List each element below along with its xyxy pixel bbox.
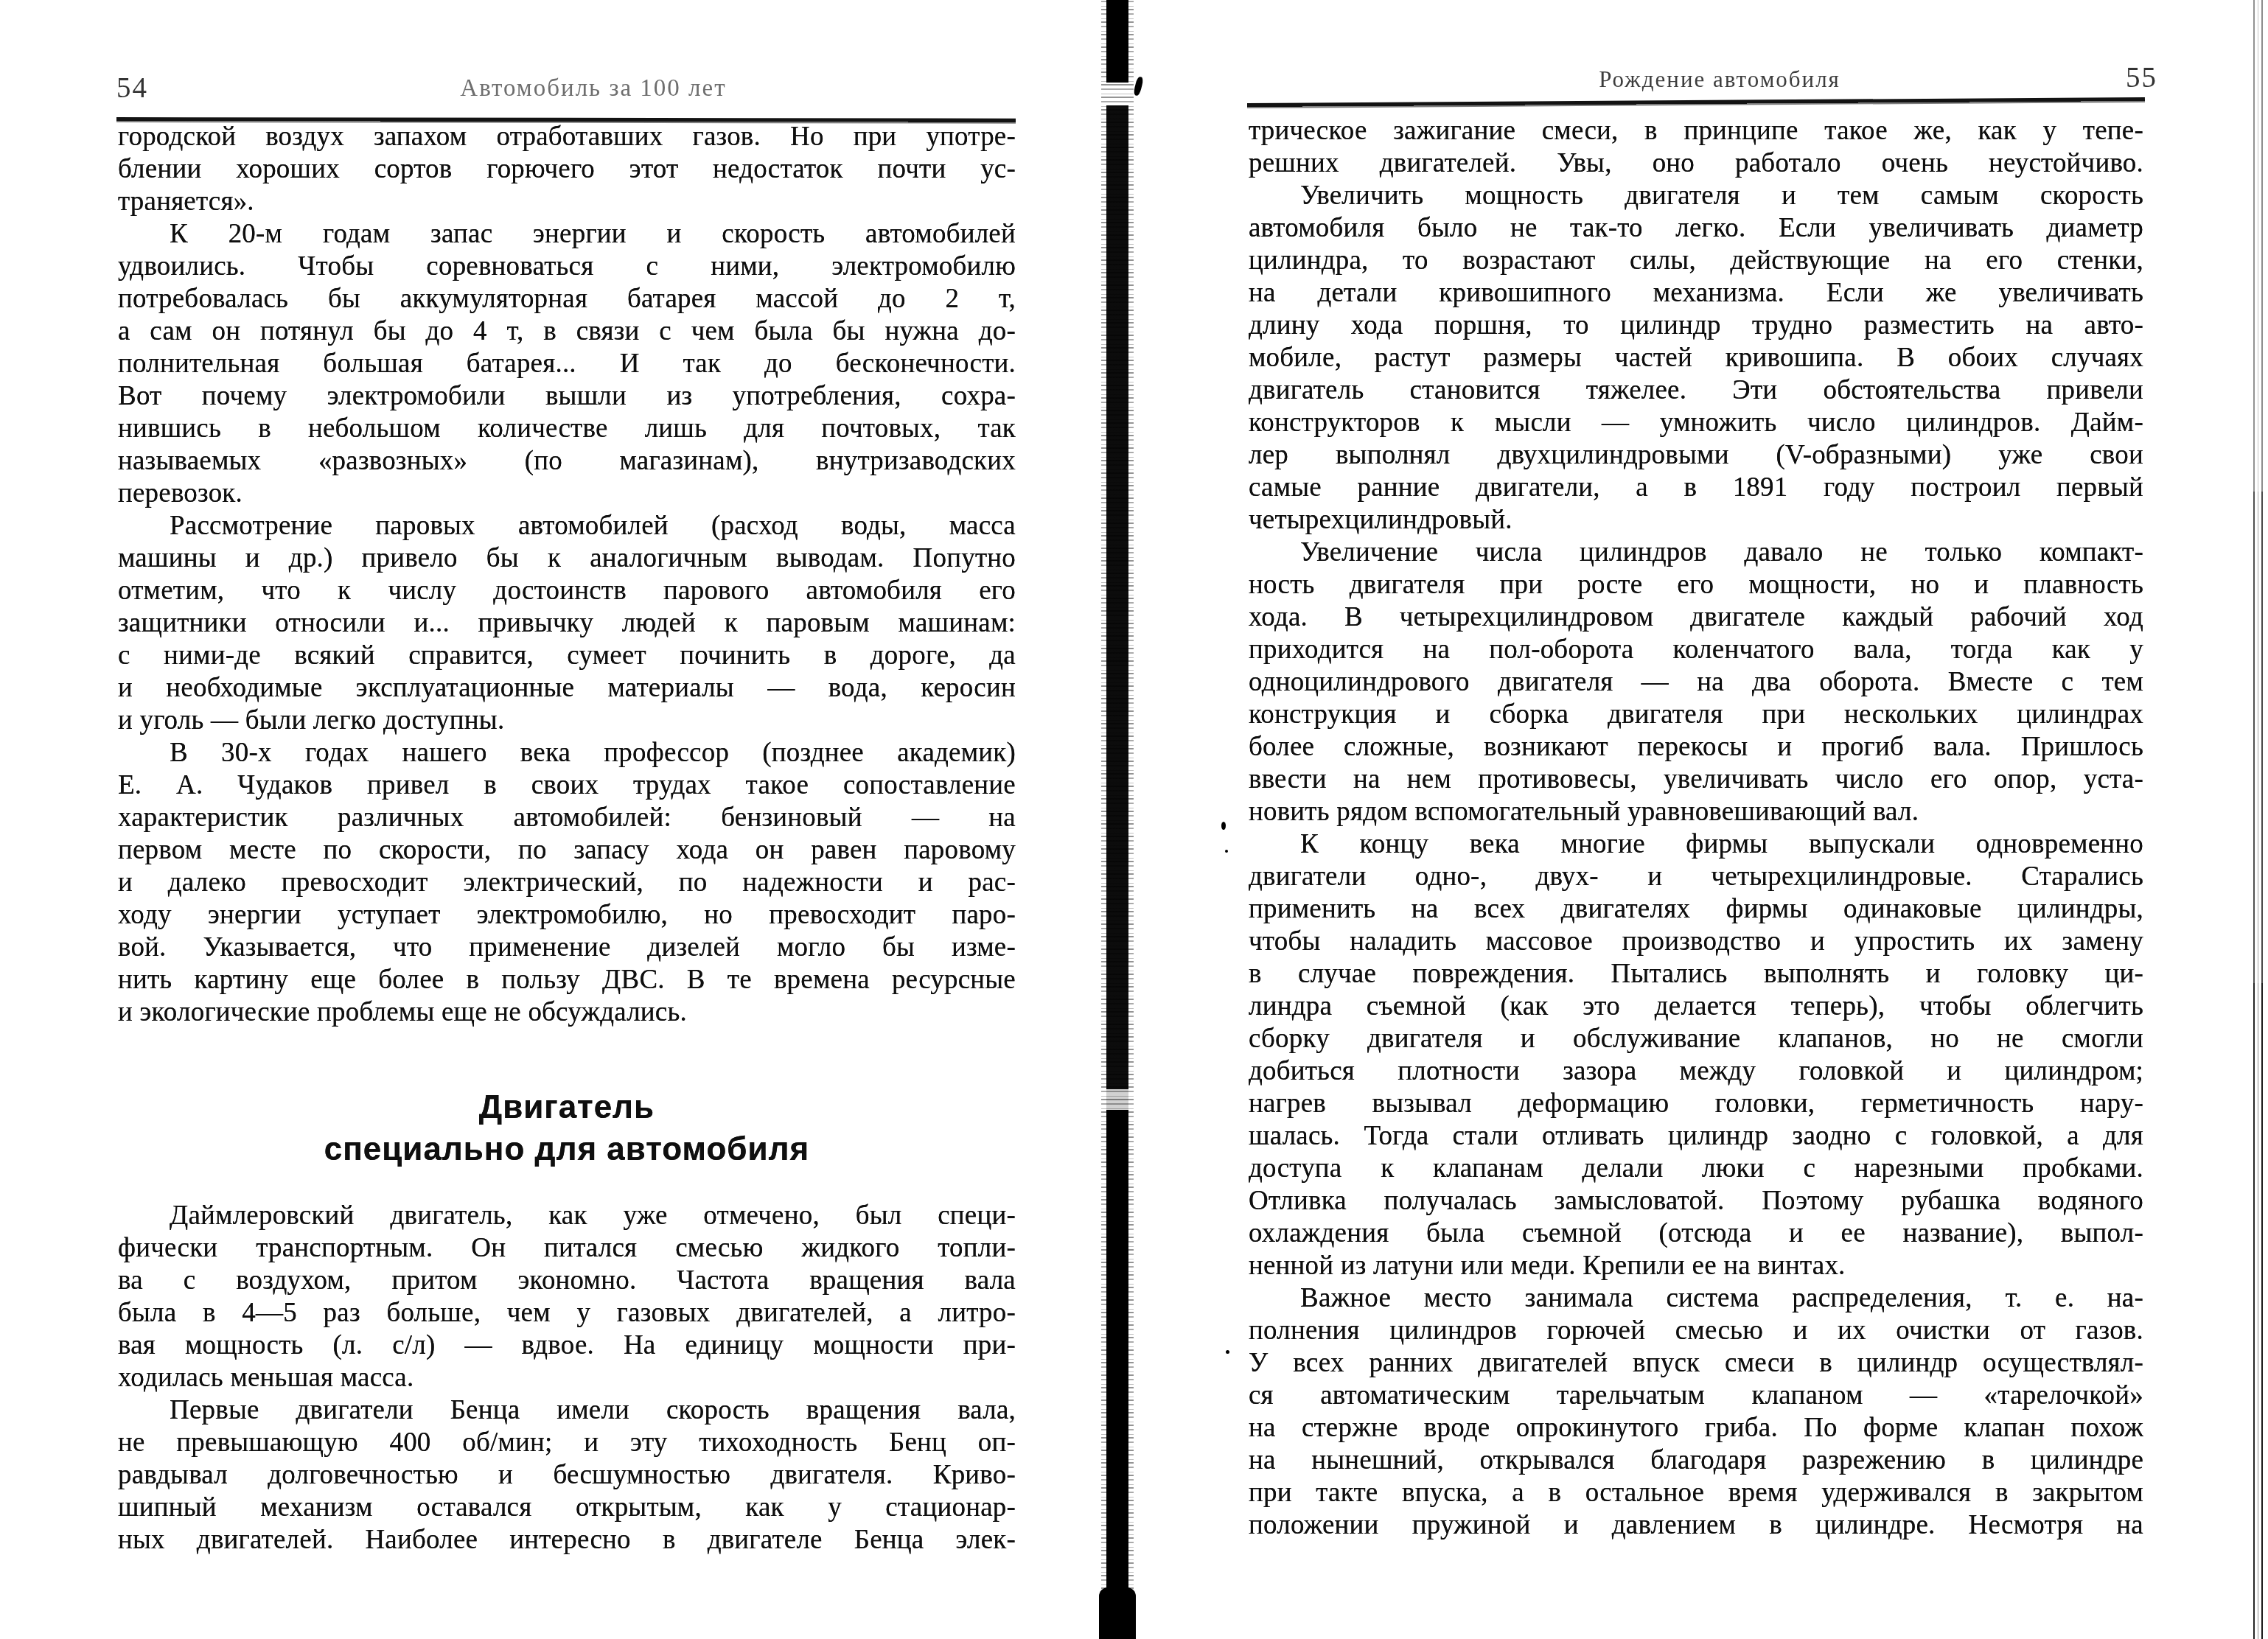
scan-edge-artifact: [2252, 0, 2268, 1639]
running-head-left: Автомобиль за 100 лет: [144, 75, 1042, 102]
text-line: трическое зажигание смеси, в принципе та…: [1249, 115, 2143, 147]
text-line: доступа к клапанам делали люки с нарезны…: [1249, 1153, 2143, 1185]
text-line: ность двигателя при росте его мощности, …: [1249, 569, 2143, 601]
scan-speck: [1225, 850, 1228, 853]
text-line: нить картину еще более в пользу ДВС. В т…: [118, 964, 1016, 996]
text-line: защитники относили и... привычку людей к…: [118, 607, 1016, 640]
text-line: ввести на нем противовесы, увеличивать ч…: [1249, 763, 2143, 796]
text-line: была в 4—5 раз больше, чем у газовых дви…: [118, 1297, 1016, 1329]
text-line: на детали кривошипного механизма. Если ж…: [1249, 277, 2143, 310]
paragraph-block: городской воздух запахом отработавших га…: [118, 121, 1016, 1029]
text-line: чтобы наладить массовое производство и у…: [1249, 926, 2143, 958]
text-line: мобиле, растут размеры частей кривошипа.…: [1249, 342, 2143, 374]
paragraph-block: Даймлеровский двигатель, как уже отмечен…: [118, 1200, 1016, 1556]
text-line: Е. А. Чудаков привел в своих трудах тако…: [118, 769, 1016, 802]
text-column-right: трическое зажигание смеси, в принципе та…: [1249, 115, 2143, 1542]
text-line: характеристик различных автомобилей: бен…: [118, 802, 1016, 834]
text-line: К 20-м годам запас энергии и скорость ав…: [118, 218, 1016, 251]
text-line: новить рядом вспомогательный уравновешив…: [1249, 796, 2143, 828]
section-heading-line: Двигатель: [118, 1086, 1016, 1128]
text-line: отметим, что к числу достоинств парового…: [118, 575, 1016, 607]
scan-speck: [1133, 76, 1144, 96]
text-line: автомобиля было не так-то легко. Если ув…: [1249, 212, 2143, 245]
text-line: полнения цилиндров горючей смесью и их о…: [1249, 1315, 2143, 1347]
text-line: ходу энергии уступает электромобилю, но …: [118, 899, 1016, 932]
text-line: двигатель становится тяжелее. Эти обстоя…: [1249, 374, 2143, 407]
scan-speck: [1221, 822, 1226, 830]
section-heading-line: специально для автомобиля: [118, 1128, 1016, 1170]
text-line: полнительная большая батарея... И так до…: [118, 348, 1016, 380]
text-line: положении пружиной и давлением в цилиндр…: [1249, 1509, 2143, 1542]
text-column-left: городской воздух запахом отработавших га…: [118, 121, 1016, 1556]
text-line: добиться плотности зазора между головкой…: [1249, 1055, 2143, 1088]
text-line: с ними-де всякий справится, сумеет почин…: [118, 640, 1016, 672]
text-line: блении хороших сортов горючего этот недо…: [118, 153, 1016, 186]
text-line: четырехцилиндровый.: [1249, 504, 2143, 537]
text-line: траняется».: [118, 186, 1016, 218]
header-rule-right: [1247, 97, 2145, 108]
text-line: равдывал долговечностью и бесшумностью д…: [118, 1459, 1016, 1492]
text-line: вой. Указывается, что применение дизелей…: [118, 932, 1016, 964]
text-line: первом месте по скорости, по запасу хода…: [118, 834, 1016, 867]
text-line: вая мощность (л. с/л) — вдвое. На единиц…: [118, 1329, 1016, 1362]
text-line: более сложные, возникают перекосы и прог…: [1249, 731, 2143, 763]
scan-speck: [1226, 1350, 1229, 1354]
text-line: Рассмотрение паровых автомобилей (расход…: [118, 510, 1016, 542]
text-line: и необходимые эксплуатационные материалы…: [118, 672, 1016, 705]
text-line: конструкторов к мысли — умножить число ц…: [1249, 407, 2143, 439]
text-line: Увеличить мощность двигателя и тем самым…: [1249, 180, 2143, 212]
running-head-right: Рождение автомобиля: [1272, 66, 2167, 93]
text-line: двигатели одно-, двух- и четырехцилиндро…: [1249, 861, 2143, 893]
text-line: ходилась меньшая масса.: [118, 1362, 1016, 1394]
text-line: ва с воздухом, притом экономно. Частота …: [118, 1265, 1016, 1297]
text-line: удвоились. Чтобы соревноваться с ними, э…: [118, 251, 1016, 283]
text-line: а сам он потянул бы до 4 т, в связи с че…: [118, 315, 1016, 348]
text-line: ся автоматическим тарельчатым клапаном —…: [1249, 1380, 2143, 1412]
text-line: В 30-х годах нашего века профессор (позд…: [118, 737, 1016, 769]
text-line: и уголь — были легко доступны.: [118, 705, 1016, 737]
text-line: ненной из латуни или меди. Крепили ее на…: [1249, 1250, 2143, 1282]
book-scan: 54 Автомобиль за 100 лет городской возду…: [0, 0, 2268, 1639]
binding-gutter-shadow: [1106, 0, 1128, 1639]
text-line: на нынешний, открывался благодаря разреж…: [1249, 1444, 2143, 1477]
text-line: Даймлеровский двигатель, как уже отмечен…: [118, 1200, 1016, 1232]
text-line: приходится на пол-оборота коленчатого ва…: [1249, 634, 2143, 666]
text-line: шипный механизм оставался открытым, как …: [118, 1492, 1016, 1524]
text-line: называемых «развозных» (по магазинам), в…: [118, 445, 1016, 478]
paragraph-block: трическое зажигание смеси, в принципе та…: [1249, 115, 2143, 1542]
text-line: У всех ранних двигателей впуск смеси в ц…: [1249, 1347, 2143, 1380]
text-line: потребовалась бы аккумуляторная батарея …: [118, 283, 1016, 315]
text-line: самые ранние двигатели, а в 1891 году по…: [1249, 472, 2143, 504]
text-line: охлаждения была съемной (отсюда и ее наз…: [1249, 1217, 2143, 1250]
text-line: длину хода поршня, то цилиндр трудно раз…: [1249, 310, 2143, 342]
text-line: на стержне вроде опрокинутого гриба. По …: [1249, 1412, 2143, 1444]
text-line: Увеличение числа цилиндров давало не тол…: [1249, 537, 2143, 569]
text-line: городской воздух запахом отработавших га…: [118, 121, 1016, 153]
section-heading: Двигательспециально для автомобиля: [118, 1086, 1016, 1170]
text-line: машины и др.) привело бы к аналогичным в…: [118, 542, 1016, 575]
text-line: и далеко превосходит электрический, по н…: [118, 867, 1016, 899]
text-line: в случае повреждения. Пытались выполнять…: [1249, 958, 2143, 990]
text-line: одноцилиндрового двигателя — на два обор…: [1249, 666, 2143, 699]
text-line: К концу века многие фирмы выпускали одно…: [1249, 828, 2143, 861]
text-line: перевозок.: [118, 478, 1016, 510]
page-number-left: 54: [116, 74, 148, 103]
text-line: Вот почему электромобили вышли из употре…: [118, 380, 1016, 413]
text-line: Важное место занимала система распределе…: [1249, 1282, 2143, 1315]
text-line: сборку двигателя и обслуживание клапанов…: [1249, 1023, 2143, 1055]
text-line: нившись в небольшом количестве лишь для …: [118, 413, 1016, 445]
text-line: линдра съемной (как это делается теперь)…: [1249, 990, 2143, 1023]
text-line: при такте впуска, а в остальное время уд…: [1249, 1477, 2143, 1509]
text-line: применить на всех двигателях фирмы одина…: [1249, 893, 2143, 926]
text-line: не превышающую 400 об/мин; и эту тихоход…: [118, 1427, 1016, 1459]
text-line: шалась. Тогда стали отливать цилиндр зао…: [1249, 1120, 2143, 1153]
text-line: конструкция и сборка двигателя при неско…: [1249, 699, 2143, 731]
text-line: ных двигателей. Наиболее интересно в дви…: [118, 1524, 1016, 1556]
text-line: фически транспортным. Он питался смесью …: [118, 1232, 1016, 1265]
text-line: Первые двигатели Бенца имели скорость вр…: [118, 1394, 1016, 1427]
text-line: Отливка получалась замысловатой. Поэтому…: [1249, 1185, 2143, 1217]
text-line: хода. В четырехцилиндровом двигателе каж…: [1249, 601, 2143, 634]
text-line: нагрев вызывал деформацию головки, герме…: [1249, 1088, 2143, 1120]
text-line: лер выполнял двухцилиндровыми (V-образны…: [1249, 439, 2143, 472]
text-line: цилиндра, то возрастают силы, действующи…: [1249, 245, 2143, 277]
text-line: решних двигателей. Увы, оно работало оче…: [1249, 147, 2143, 180]
text-line: и экологические проблемы еще не обсуждал…: [118, 996, 1016, 1029]
